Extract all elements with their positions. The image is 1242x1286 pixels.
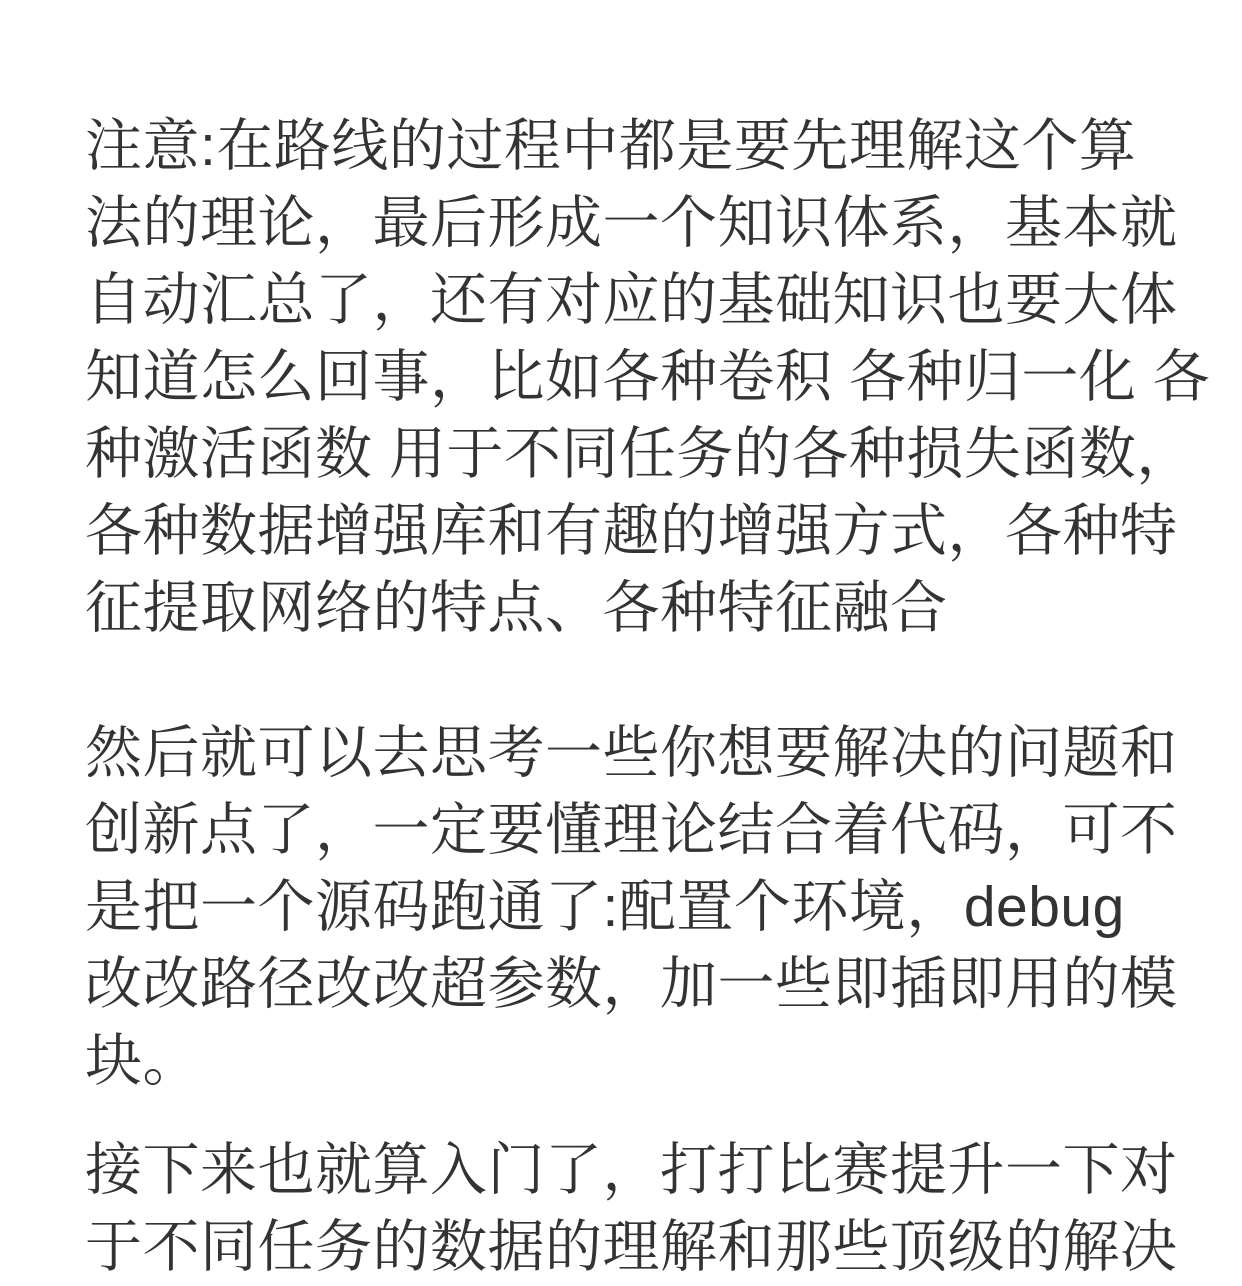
text-line: 各种数据增强库和有趣的增强方式，各种特	[85, 493, 1182, 570]
paragraph-intro: 注意:在路线的过程中都是要先理解这个算 法的理论，最后形成一个知识体系，基本就 …	[85, 108, 1182, 647]
text-line: 征提取网络的特点、各种特征融合	[85, 570, 1182, 647]
note-page: 注意:在路线的过程中都是要先理解这个算 法的理论，最后形成一个知识体系，基本就 …	[0, 0, 1242, 1286]
text-line: 法的理论，最后形成一个知识体系，基本就	[85, 185, 1182, 262]
text-line: 然后就可以去思考一些你想要解决的问题和	[85, 715, 1182, 792]
text-line: 接下来也就算入门了，打打比赛提升一下对	[85, 1132, 1182, 1209]
text-line: 注意:在路线的过程中都是要先理解这个算	[85, 108, 1182, 185]
text-line: 块。	[85, 1023, 1182, 1100]
paragraph-next-steps: 接下来也就算入门了，打打比赛提升一下对 于不同任务的数据的理解和那些顶级的解决	[85, 1132, 1182, 1286]
text-line: 自动汇总了，还有对应的基础知识也要大体	[85, 262, 1182, 339]
text-line: 是把一个源码跑通了:配置个环境，debug	[85, 869, 1182, 946]
text-line: 改改路径改改超参数，加一些即插即用的模	[85, 946, 1182, 1023]
paragraph-practice: 然后就可以去思考一些你想要解决的问题和 创新点了，一定要懂理论结合着代码，可不 …	[85, 715, 1182, 1100]
text-line: 于不同任务的数据的理解和那些顶级的解决	[85, 1209, 1182, 1286]
text-line: 创新点了，一定要懂理论结合着代码，可不	[85, 792, 1182, 869]
text-line: 种激活函数 用于不同任务的各种损失函数，	[85, 416, 1182, 493]
text-line: 知道怎么回事，比如各种卷积 各种归一化 各	[85, 339, 1182, 416]
